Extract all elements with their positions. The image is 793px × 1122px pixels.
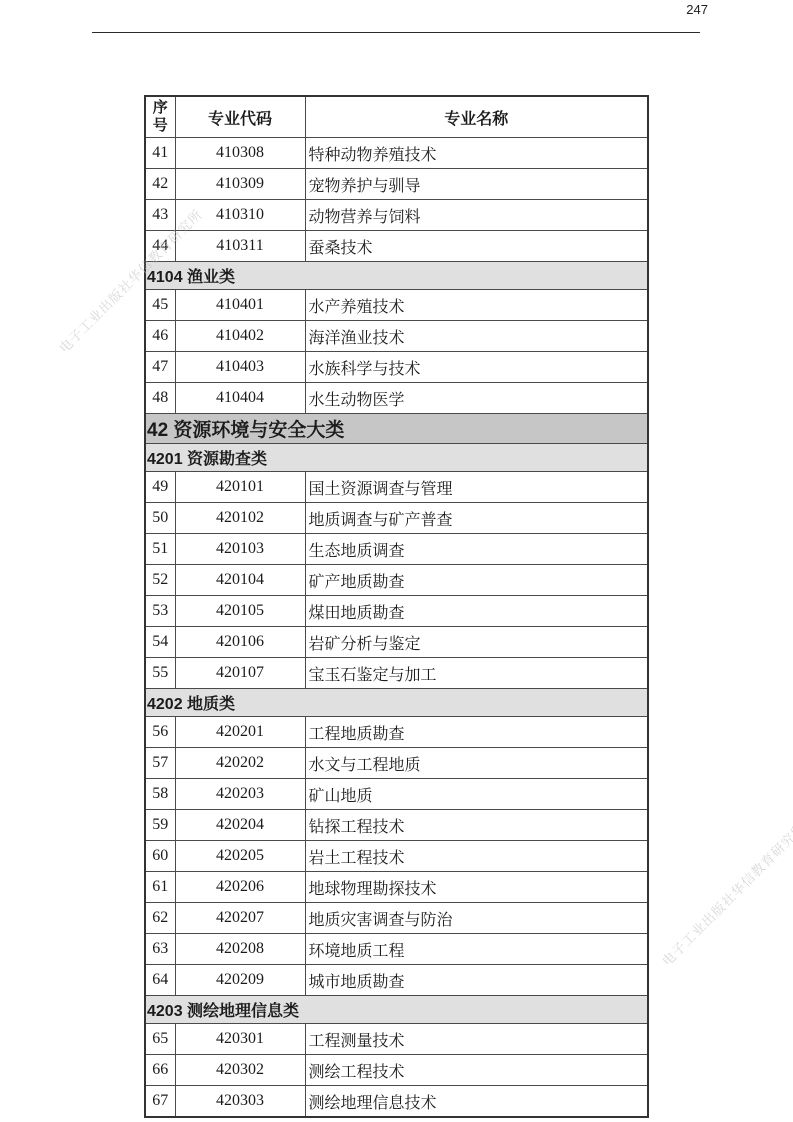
row-major-code: 420302 (175, 1055, 305, 1086)
table-row: 56420201工程地质勘查 (145, 717, 648, 748)
row-major-code: 420101 (175, 472, 305, 503)
row-serial: 47 (145, 352, 175, 383)
row-serial: 67 (145, 1086, 175, 1118)
row-serial: 65 (145, 1024, 175, 1055)
row-major-code: 420301 (175, 1024, 305, 1055)
row-serial: 43 (145, 200, 175, 231)
table-row: 47410403水族科学与技术 (145, 352, 648, 383)
table-row: 67420303测绘地理信息技术 (145, 1086, 648, 1118)
row-serial: 55 (145, 658, 175, 689)
table-row: 64420209城市地质勘查 (145, 965, 648, 996)
sub-category-row: 4201 资源勘查类 (145, 444, 648, 472)
table-row: 45410401水产养殖技术 (145, 290, 648, 321)
row-major-name: 地质灾害调查与防治 (305, 903, 648, 934)
header-rule (92, 32, 700, 33)
row-major-name: 工程测量技术 (305, 1024, 648, 1055)
table-row: 48410404水生动物医学 (145, 383, 648, 414)
majors-table: 序号 专业代码 专业名称 41410308特种动物养殖技术42410309宠物养… (144, 95, 649, 1118)
page-number: 247 (686, 2, 708, 17)
row-major-code: 420206 (175, 872, 305, 903)
row-major-code: 420105 (175, 596, 305, 627)
table-row: 52420104矿产地质勘查 (145, 565, 648, 596)
sub-category-row: 4203 测绘地理信息类 (145, 996, 648, 1024)
row-serial: 45 (145, 290, 175, 321)
row-major-code: 420104 (175, 565, 305, 596)
row-major-name: 钻探工程技术 (305, 810, 648, 841)
table-row: 65420301工程测量技术 (145, 1024, 648, 1055)
row-major-code: 420102 (175, 503, 305, 534)
row-major-code: 420208 (175, 934, 305, 965)
row-serial: 59 (145, 810, 175, 841)
table-row: 54420106岩矿分析与鉴定 (145, 627, 648, 658)
category-label: 4202 地质类 (145, 689, 648, 717)
row-serial: 42 (145, 169, 175, 200)
row-major-name: 生态地质调查 (305, 534, 648, 565)
row-serial: 46 (145, 321, 175, 352)
table-body: 41410308特种动物养殖技术42410309宠物养护与驯导43410310动… (145, 138, 648, 1118)
row-major-name: 海洋渔业技术 (305, 321, 648, 352)
row-serial: 63 (145, 934, 175, 965)
row-serial: 48 (145, 383, 175, 414)
row-major-name: 岩矿分析与鉴定 (305, 627, 648, 658)
table-row: 42410309宠物养护与驯导 (145, 169, 648, 200)
table-row: 61420206地球物理勘探技术 (145, 872, 648, 903)
row-serial: 50 (145, 503, 175, 534)
row-major-name: 水族科学与技术 (305, 352, 648, 383)
row-major-name: 国土资源调查与管理 (305, 472, 648, 503)
row-major-code: 420103 (175, 534, 305, 565)
row-serial: 52 (145, 565, 175, 596)
row-major-code: 420106 (175, 627, 305, 658)
row-major-name: 蚕桑技术 (305, 231, 648, 262)
row-major-code: 420205 (175, 841, 305, 872)
row-major-name: 水生动物医学 (305, 383, 648, 414)
row-major-code: 410311 (175, 231, 305, 262)
row-major-name: 动物营养与饲料 (305, 200, 648, 231)
table-row: 41410308特种动物养殖技术 (145, 138, 648, 169)
category-label: 4203 测绘地理信息类 (145, 996, 648, 1024)
row-serial: 58 (145, 779, 175, 810)
table-row: 51420103生态地质调查 (145, 534, 648, 565)
watermark: 电子工业出版社华信教育研究所 (656, 816, 793, 971)
row-major-name: 矿山地质 (305, 779, 648, 810)
row-major-code: 420107 (175, 658, 305, 689)
row-major-name: 岩土工程技术 (305, 841, 648, 872)
table-row: 55420107宝玉石鉴定与加工 (145, 658, 648, 689)
row-major-code: 420207 (175, 903, 305, 934)
table-row: 49420101国土资源调查与管理 (145, 472, 648, 503)
row-major-code: 420303 (175, 1086, 305, 1118)
table-row: 44410311蚕桑技术 (145, 231, 648, 262)
table-row: 58420203矿山地质 (145, 779, 648, 810)
row-serial: 61 (145, 872, 175, 903)
row-major-code: 420202 (175, 748, 305, 779)
category-label: 42 资源环境与安全大类 (145, 414, 648, 444)
row-major-name: 煤田地质勘查 (305, 596, 648, 627)
row-major-name: 城市地质勘查 (305, 965, 648, 996)
table-row: 66420302测绘工程技术 (145, 1055, 648, 1086)
row-serial: 66 (145, 1055, 175, 1086)
row-major-code: 410402 (175, 321, 305, 352)
row-major-name: 地球物理勘探技术 (305, 872, 648, 903)
major-category-row: 42 资源环境与安全大类 (145, 414, 648, 444)
row-major-name: 特种动物养殖技术 (305, 138, 648, 169)
table-row: 43410310动物营养与饲料 (145, 200, 648, 231)
row-major-code: 410310 (175, 200, 305, 231)
sub-category-row: 4104 渔业类 (145, 262, 648, 290)
header-col-major-code: 专业代码 (175, 96, 305, 138)
row-major-code: 410404 (175, 383, 305, 414)
table-row: 50420102地质调查与矿产普查 (145, 503, 648, 534)
row-major-code: 420209 (175, 965, 305, 996)
header-row: 序号 专业代码 专业名称 (145, 96, 648, 138)
row-serial: 57 (145, 748, 175, 779)
header-col-serial: 序号 (145, 96, 175, 138)
row-major-name: 矿产地质勘查 (305, 565, 648, 596)
sub-category-row: 4202 地质类 (145, 689, 648, 717)
row-serial: 41 (145, 138, 175, 169)
row-major-code: 410401 (175, 290, 305, 321)
row-major-code: 410309 (175, 169, 305, 200)
table-row: 62420207地质灾害调查与防治 (145, 903, 648, 934)
row-major-name: 水文与工程地质 (305, 748, 648, 779)
category-label: 4201 资源勘查类 (145, 444, 648, 472)
row-major-code: 420204 (175, 810, 305, 841)
row-major-code: 420203 (175, 779, 305, 810)
row-major-name: 测绘工程技术 (305, 1055, 648, 1086)
table-row: 53420105煤田地质勘查 (145, 596, 648, 627)
row-serial: 56 (145, 717, 175, 748)
header-col-major-name: 专业名称 (305, 96, 648, 138)
table-row: 63420208环境地质工程 (145, 934, 648, 965)
row-major-code: 410403 (175, 352, 305, 383)
row-major-name: 地质调查与矿产普查 (305, 503, 648, 534)
row-serial: 44 (145, 231, 175, 262)
row-major-name: 宝玉石鉴定与加工 (305, 658, 648, 689)
table-row: 57420202水文与工程地质 (145, 748, 648, 779)
row-serial: 62 (145, 903, 175, 934)
row-major-name: 宠物养护与驯导 (305, 169, 648, 200)
table-row: 60420205岩土工程技术 (145, 841, 648, 872)
category-label: 4104 渔业类 (145, 262, 648, 290)
row-major-code: 420201 (175, 717, 305, 748)
row-major-name: 测绘地理信息技术 (305, 1086, 648, 1118)
row-serial: 54 (145, 627, 175, 658)
row-major-code: 410308 (175, 138, 305, 169)
row-major-name: 水产养殖技术 (305, 290, 648, 321)
row-serial: 51 (145, 534, 175, 565)
row-serial: 60 (145, 841, 175, 872)
table-head: 序号 专业代码 专业名称 (145, 96, 648, 138)
row-major-name: 环境地质工程 (305, 934, 648, 965)
table-row: 59420204钻探工程技术 (145, 810, 648, 841)
table-row: 46410402海洋渔业技术 (145, 321, 648, 352)
row-serial: 49 (145, 472, 175, 503)
row-serial: 64 (145, 965, 175, 996)
row-serial: 53 (145, 596, 175, 627)
row-major-name: 工程地质勘查 (305, 717, 648, 748)
